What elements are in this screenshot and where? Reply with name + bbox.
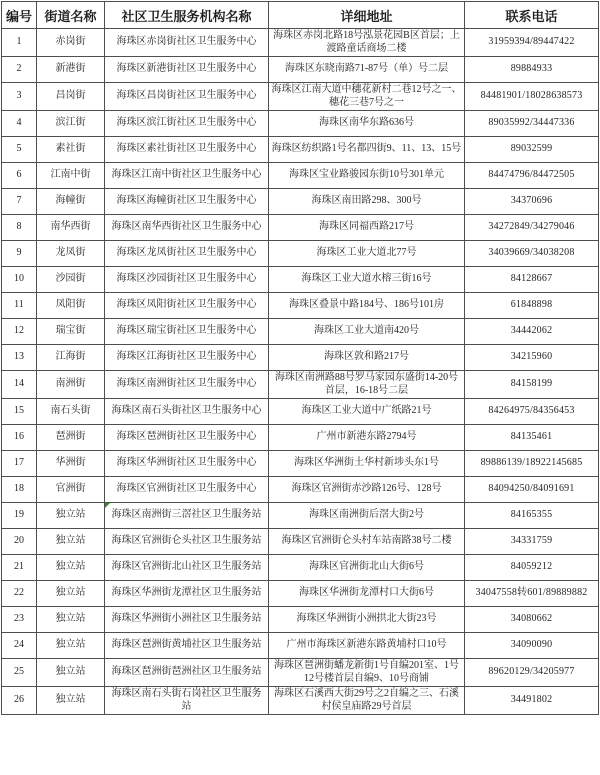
address-text: 广州市新港东路2794号 [317, 431, 417, 442]
table-row: 5 素社街 海珠区素社街社区卫生服务中心 海珠区纺织路1号名都四街9、11、13… [2, 137, 599, 163]
cell-phone: 84481901/18028638573 [465, 83, 599, 111]
cell-row-number: 5 [2, 137, 37, 163]
table-row: 25 独立站 海珠区琶洲街琶洲社区卫生服务站 海珠区琶洲街蟠龙新街1号自编201… [2, 659, 599, 687]
cell-phone: 34370696 [465, 189, 599, 215]
address-text: 海珠区华洲街小洲拱北大街23号 [297, 613, 437, 624]
cell-row-number: 15 [2, 399, 37, 425]
cell-row-number: 6 [2, 163, 37, 189]
row-number-text: 15 [14, 405, 24, 416]
table-row: 13 江海街 海珠区江海街社区卫生服务中心 海珠区敦和路217号 3421596… [2, 345, 599, 371]
cell-phone: 89035992/34447336 [465, 111, 599, 137]
cell-street-name: 南洲街 [37, 371, 105, 399]
address-text: 海珠区华洲街土华村新埗头东1号 [294, 457, 439, 468]
table-row: 19 独立站 海珠区南洲街三滘社区卫生服务站 海珠区南洲街后滘大街2号 8416… [2, 503, 599, 529]
header-row: 编号 街道名称 社区卫生服务机构名称 详细地址 联系电话 [2, 2, 599, 29]
address-text: 海珠区官洲街赤沙路126号、128号 [292, 483, 442, 494]
cell-row-number: 19 [2, 503, 37, 529]
cell-phone: 84165355 [465, 503, 599, 529]
institution-name-text: 海珠区龙凤街社区卫生服务中心 [117, 247, 257, 258]
table-row: 17 华洲街 海珠区华洲街社区卫生服务中心 海珠区华洲街土华村新埗头东1号 89… [2, 451, 599, 477]
cell-street-name: 江南中街 [37, 163, 105, 189]
phone-text: 34272849/34279046 [488, 221, 574, 232]
row-number-text: 18 [14, 483, 24, 494]
cell-address: 海珠区江南大道中穗花新村二巷12号之一、穗花三巷7号之一 [269, 83, 465, 111]
institution-name-text: 海珠区官洲街北山社区卫生服务站 [112, 561, 262, 572]
table-row: 11 凤阳街 海珠区凤阳街社区卫生服务中心 海珠区叠景中路184号、186号10… [2, 293, 599, 319]
row-number-text: 21 [14, 561, 24, 572]
institution-name-text: 海珠区琶洲街琶洲社区卫生服务站 [112, 666, 262, 677]
cell-address: 广州市新港东路2794号 [269, 425, 465, 451]
row-number-text: 14 [14, 378, 24, 389]
street-name-text: 海幢街 [56, 195, 86, 206]
address-text: 海珠区官洲街仑头村车站南路38号二楼 [282, 535, 452, 546]
cell-address: 海珠区赤岗北路18号泓景花园B区首层；上渡路童话商场二楼 [269, 29, 465, 57]
phone-text: 84264975/84356453 [488, 405, 574, 416]
cell-row-number: 3 [2, 83, 37, 111]
cell-row-number: 1 [2, 29, 37, 57]
address-text: 海珠区工业大道北77号 [317, 247, 417, 258]
cell-address: 海珠区叠景中路184号、186号101房 [269, 293, 465, 319]
institution-name-text: 海珠区滨江街社区卫生服务中心 [117, 117, 257, 128]
address-text: 海珠区南洲路88号罗马家园东盛街14-20号首层，16-18号二层 [275, 372, 458, 396]
table-row: 16 琶洲街 海珠区琶洲街社区卫生服务中心 广州市新港东路2794号 84135… [2, 425, 599, 451]
cell-institution-name: 海珠区海幢街社区卫生服务中心 [105, 189, 269, 215]
cell-phone: 84128667 [465, 267, 599, 293]
row-number-text: 19 [14, 509, 24, 520]
cell-address: 海珠区工业大道中广纸路21号 [269, 399, 465, 425]
street-name-text: 江海街 [56, 351, 86, 362]
street-name-text: 琶洲街 [56, 431, 86, 442]
institution-name-text: 海珠区南洲街三滘社区卫生服务站 [112, 509, 262, 520]
cell-street-name: 华洲街 [37, 451, 105, 477]
table-row: 8 南华西街 海珠区南华西街社区卫生服务中心 海珠区同福西路217号 34272… [2, 215, 599, 241]
cell-address: 海珠区宝业路骏园东街10号301单元 [269, 163, 465, 189]
cell-institution-name: 海珠区华洲街社区卫生服务中心 [105, 451, 269, 477]
street-name-text: 素社街 [56, 143, 86, 154]
cell-address: 海珠区南洲街后滘大街2号 [269, 503, 465, 529]
cell-phone: 34215960 [465, 345, 599, 371]
cell-phone: 89032599 [465, 137, 599, 163]
cell-row-number: 14 [2, 371, 37, 399]
cell-address: 海珠区官洲街赤沙路126号、128号 [269, 477, 465, 503]
street-name-text: 南石头街 [51, 405, 91, 416]
cell-street-name: 江海街 [37, 345, 105, 371]
cell-street-name: 瑞宝街 [37, 319, 105, 345]
street-name-text: 凤阳街 [56, 299, 86, 310]
cell-institution-name: 海珠区南洲街三滘社区卫生服务站 [105, 503, 269, 529]
cell-phone: 34272849/34279046 [465, 215, 599, 241]
column-header-street: 街道名称 [37, 2, 105, 29]
institution-name-text: 海珠区华洲街社区卫生服务中心 [117, 457, 257, 468]
row-number-text: 1 [17, 36, 22, 47]
address-text: 海珠区工业大道南420号 [314, 325, 419, 336]
column-header-id: 编号 [2, 2, 37, 29]
street-name-text: 独立站 [56, 613, 86, 624]
row-number-text: 24 [14, 639, 24, 650]
cell-institution-name: 海珠区瑞宝街社区卫生服务中心 [105, 319, 269, 345]
cell-street-name: 独立站 [37, 581, 105, 607]
cell-address: 海珠区华洲街土华村新埗头东1号 [269, 451, 465, 477]
cell-address: 海珠区工业大道北77号 [269, 241, 465, 267]
phone-text: 84128667 [511, 273, 553, 284]
row-number-text: 4 [17, 117, 22, 128]
column-header-org: 社区卫生服务机构名称 [105, 2, 269, 29]
cell-address: 海珠区敦和路217号 [269, 345, 465, 371]
street-name-text: 独立站 [56, 561, 86, 572]
cell-institution-name: 海珠区南华西街社区卫生服务中心 [105, 215, 269, 241]
institution-name-text: 海珠区素社街社区卫生服务中心 [117, 143, 257, 154]
cell-row-number: 17 [2, 451, 37, 477]
row-number-text: 8 [17, 221, 22, 232]
table-row: 24 独立站 海珠区琶洲街黄埔社区卫生服务站 广州市海珠区新港东路黄埔村口10号… [2, 633, 599, 659]
cell-phone: 34090090 [465, 633, 599, 659]
cell-row-number: 18 [2, 477, 37, 503]
health-centers-table: 编号 街道名称 社区卫生服务机构名称 详细地址 联系电话 1 赤岗街 海珠区赤岗… [1, 1, 599, 715]
table-row: 14 南洲街 海珠区南洲街社区卫生服务中心 海珠区南洲路88号罗马家园东盛街14… [2, 371, 599, 399]
cell-phone: 34080662 [465, 607, 599, 633]
institution-name-text: 海珠区新港街社区卫生服务中心 [117, 63, 257, 74]
cell-institution-name: 海珠区沙园街社区卫生服务中心 [105, 267, 269, 293]
phone-text: 89886139/18922145685 [481, 457, 583, 468]
row-number-text: 25 [14, 666, 24, 677]
street-name-text: 昌岗街 [56, 90, 86, 101]
address-text: 海珠区官洲街北山大街6号 [309, 561, 424, 572]
cell-street-name: 素社街 [37, 137, 105, 163]
street-name-text: 沙园街 [56, 273, 86, 284]
document-page: 编号 街道名称 社区卫生服务机构名称 详细地址 联系电话 1 赤岗街 海珠区赤岗… [0, 0, 600, 775]
cell-row-number: 23 [2, 607, 37, 633]
cell-street-name: 独立站 [37, 529, 105, 555]
cell-address: 海珠区纺织路1号名都四街9、11、13、15号 [269, 137, 465, 163]
row-number-text: 12 [14, 325, 24, 336]
cell-address: 海珠区官洲街北山大街6号 [269, 555, 465, 581]
cell-phone: 84059212 [465, 555, 599, 581]
cell-institution-name: 海珠区江海街社区卫生服务中心 [105, 345, 269, 371]
cell-institution-name: 海珠区琶洲街社区卫生服务中心 [105, 425, 269, 451]
phone-text: 84165355 [511, 509, 553, 520]
cell-street-name: 沙园街 [37, 267, 105, 293]
cell-phone: 84158199 [465, 371, 599, 399]
street-name-text: 官洲街 [56, 483, 86, 494]
phone-text: 34090090 [511, 639, 553, 650]
cell-phone: 84474796/84472505 [465, 163, 599, 189]
address-text: 海珠区南华东路636号 [319, 117, 414, 128]
phone-text: 34331759 [511, 535, 553, 546]
street-name-text: 龙凤街 [56, 247, 86, 258]
cell-phone: 34491802 [465, 687, 599, 715]
address-text: 海珠区工业大道中广纸路21号 [302, 405, 432, 416]
row-number-text: 16 [14, 431, 24, 442]
cell-row-number: 25 [2, 659, 37, 687]
street-name-text: 华洲街 [56, 457, 86, 468]
cell-phone: 84264975/84356453 [465, 399, 599, 425]
cell-institution-name: 海珠区昌岗街社区卫生服务中心 [105, 83, 269, 111]
cell-address: 海珠区琶洲街蟠龙新街1号自编201室、1号12号楼首层自编9、10号商铺 [269, 659, 465, 687]
cell-row-number: 20 [2, 529, 37, 555]
phone-text: 84158199 [511, 378, 553, 389]
cell-street-name: 官洲街 [37, 477, 105, 503]
address-text: 海珠区东晓南路71-87号（单）号二层 [285, 63, 448, 74]
street-name-text: 独立站 [56, 639, 86, 650]
cell-note-marker-icon [105, 503, 110, 508]
row-number-text: 11 [14, 299, 24, 310]
cell-street-name: 新港街 [37, 57, 105, 83]
row-number-text: 26 [14, 694, 24, 705]
cell-institution-name: 海珠区滨江街社区卫生服务中心 [105, 111, 269, 137]
institution-name-text: 海珠区江南中街社区卫生服务中心 [112, 169, 262, 180]
cell-row-number: 22 [2, 581, 37, 607]
street-name-text: 独立站 [56, 694, 86, 705]
cell-street-name: 琶洲街 [37, 425, 105, 451]
cell-address: 海珠区东晓南路71-87号（单）号二层 [269, 57, 465, 83]
cell-address: 海珠区官洲街仑头村车站南路38号二楼 [269, 529, 465, 555]
cell-row-number: 11 [2, 293, 37, 319]
cell-phone: 89886139/18922145685 [465, 451, 599, 477]
table-row: 1 赤岗街 海珠区赤岗街社区卫生服务中心 海珠区赤岗北路18号泓景花园B区首层；… [2, 29, 599, 57]
cell-street-name: 独立站 [37, 555, 105, 581]
cell-phone: 84135461 [465, 425, 599, 451]
street-name-text: 南洲街 [56, 378, 86, 389]
cell-street-name: 独立站 [37, 633, 105, 659]
cell-address: 海珠区南洲路88号罗马家园东盛街14-20号首层，16-18号二层 [269, 371, 465, 399]
cell-street-name: 南石头街 [37, 399, 105, 425]
phone-text: 89884933 [511, 63, 553, 74]
cell-street-name: 昌岗街 [37, 83, 105, 111]
cell-institution-name: 海珠区南石头街社区卫生服务中心 [105, 399, 269, 425]
cell-institution-name: 海珠区官洲街北山社区卫生服务站 [105, 555, 269, 581]
cell-address: 海珠区工业大道南420号 [269, 319, 465, 345]
street-name-text: 瑞宝街 [56, 325, 86, 336]
cell-phone: 34442062 [465, 319, 599, 345]
street-name-text: 独立站 [56, 535, 86, 546]
institution-name-text: 海珠区江海街社区卫生服务中心 [117, 351, 257, 362]
cell-row-number: 8 [2, 215, 37, 241]
table-row: 7 海幢街 海珠区海幢街社区卫生服务中心 海珠区南田路298、300号 3437… [2, 189, 599, 215]
cell-address: 广州市海珠区新港东路黄埔村口10号 [269, 633, 465, 659]
street-name-text: 南华西街 [51, 221, 91, 232]
cell-phone: 34039669/34038208 [465, 241, 599, 267]
table-row: 3 昌岗街 海珠区昌岗街社区卫生服务中心 海珠区江南大道中穗花新村二巷12号之一… [2, 83, 599, 111]
street-name-text: 独立站 [56, 509, 86, 520]
cell-institution-name: 海珠区官洲街社区卫生服务中心 [105, 477, 269, 503]
table-row: 12 瑞宝街 海珠区瑞宝街社区卫生服务中心 海珠区工业大道南420号 34442… [2, 319, 599, 345]
row-number-text: 6 [17, 169, 22, 180]
address-text: 海珠区同福西路217号 [319, 221, 414, 232]
cell-street-name: 独立站 [37, 659, 105, 687]
phone-text: 61848898 [511, 299, 553, 310]
table-body: 1 赤岗街 海珠区赤岗街社区卫生服务中心 海珠区赤岗北路18号泓景花园B区首层；… [2, 29, 599, 715]
row-number-text: 17 [14, 457, 24, 468]
cell-phone: 61848898 [465, 293, 599, 319]
cell-street-name: 独立站 [37, 687, 105, 715]
table-row: 21 独立站 海珠区官洲街北山社区卫生服务站 海珠区官洲街北山大街6号 8405… [2, 555, 599, 581]
cell-row-number: 24 [2, 633, 37, 659]
cell-phone: 89884933 [465, 57, 599, 83]
phone-text: 34080662 [511, 613, 553, 624]
cell-address: 海珠区华洲街小洲拱北大街23号 [269, 607, 465, 633]
cell-row-number: 13 [2, 345, 37, 371]
institution-name-text: 海珠区南华西街社区卫生服务中心 [112, 221, 262, 232]
cell-street-name: 独立站 [37, 607, 105, 633]
row-number-text: 3 [17, 90, 22, 101]
institution-name-text: 海珠区沙园街社区卫生服务中心 [117, 273, 257, 284]
cell-street-name: 凤阳街 [37, 293, 105, 319]
street-name-text: 滨江街 [56, 117, 86, 128]
address-text: 海珠区南田路298、300号 [312, 195, 422, 206]
address-text: 海珠区宝业路骏园东街10号301单元 [289, 169, 444, 180]
row-number-text: 2 [17, 63, 22, 74]
cell-institution-name: 海珠区官洲街仑头社区卫生服务站 [105, 529, 269, 555]
phone-text: 84059212 [511, 561, 553, 572]
phone-text: 84481901/18028638573 [481, 90, 583, 101]
cell-phone: 84094250/84091691 [465, 477, 599, 503]
phone-text: 89620129/34205977 [488, 666, 574, 677]
cell-row-number: 7 [2, 189, 37, 215]
institution-name-text: 海珠区凤阳街社区卫生服务中心 [117, 299, 257, 310]
phone-text: 34491802 [511, 694, 553, 705]
cell-row-number: 4 [2, 111, 37, 137]
institution-name-text: 海珠区琶洲街社区卫生服务中心 [117, 431, 257, 442]
cell-street-name: 龙凤街 [37, 241, 105, 267]
cell-address: 海珠区工业大道水榕三街16号 [269, 267, 465, 293]
table-row: 6 江南中街 海珠区江南中街社区卫生服务中心 海珠区宝业路骏园东街10号301单… [2, 163, 599, 189]
table-row: 26 独立站 海珠区南石头街石岗社区卫生服务站 海珠区石溪西大街29号之2自编之… [2, 687, 599, 715]
cell-phone: 89620129/34205977 [465, 659, 599, 687]
cell-institution-name: 海珠区南石头街石岗社区卫生服务站 [105, 687, 269, 715]
cell-row-number: 9 [2, 241, 37, 267]
cell-phone: 34331759 [465, 529, 599, 555]
cell-row-number: 10 [2, 267, 37, 293]
address-text: 广州市海珠区新港东路黄埔村口10号 [287, 639, 447, 650]
row-number-text: 5 [17, 143, 22, 154]
cell-phone: 34047558转601/89889882 [465, 581, 599, 607]
cell-address: 海珠区南田路298、300号 [269, 189, 465, 215]
institution-name-text: 海珠区南洲街社区卫生服务中心 [117, 378, 257, 389]
cell-institution-name: 海珠区华洲街小洲社区卫生服务站 [105, 607, 269, 633]
institution-name-text: 海珠区海幢街社区卫生服务中心 [117, 195, 257, 206]
cell-address: 海珠区石溪西大街29号之2自编之三、石溪村侯皇庙路29号首层 [269, 687, 465, 715]
institution-name-text: 海珠区官洲街社区卫生服务中心 [117, 483, 257, 494]
table-row: 10 沙园街 海珠区沙园街社区卫生服务中心 海珠区工业大道水榕三街16号 841… [2, 267, 599, 293]
cell-row-number: 12 [2, 319, 37, 345]
address-text: 海珠区纺织路1号名都四街9、11、13、15号 [272, 143, 462, 154]
cell-institution-name: 海珠区赤岗街社区卫生服务中心 [105, 29, 269, 57]
phone-text: 34442062 [511, 325, 553, 336]
cell-institution-name: 海珠区龙凤街社区卫生服务中心 [105, 241, 269, 267]
institution-name-text: 海珠区琶洲街黄埔社区卫生服务站 [112, 639, 262, 650]
address-text: 海珠区华洲街龙潭村口大街6号 [299, 587, 434, 598]
phone-text: 34215960 [511, 351, 553, 362]
phone-text: 84474796/84472505 [488, 169, 574, 180]
address-text: 海珠区叠景中路184号、186号101房 [289, 299, 444, 310]
cell-street-name: 滨江街 [37, 111, 105, 137]
row-number-text: 7 [17, 195, 22, 206]
table-row: 22 独立站 海珠区华洲街龙潭社区卫生服务站 海珠区华洲街龙潭村口大街6号 34… [2, 581, 599, 607]
cell-street-name: 海幢街 [37, 189, 105, 215]
cell-institution-name: 海珠区琶洲街琶洲社区卫生服务站 [105, 659, 269, 687]
row-number-text: 10 [14, 273, 24, 284]
table-row: 15 南石头街 海珠区南石头街社区卫生服务中心 海珠区工业大道中广纸路21号 8… [2, 399, 599, 425]
phone-text: 34047558转601/89889882 [476, 587, 588, 598]
phone-text: 34039669/34038208 [488, 247, 574, 258]
cell-institution-name: 海珠区新港街社区卫生服务中心 [105, 57, 269, 83]
address-text: 海珠区工业大道水榕三街16号 [302, 273, 432, 284]
phone-text: 31959394/89447422 [488, 36, 574, 47]
cell-street-name: 独立站 [37, 503, 105, 529]
cell-row-number: 16 [2, 425, 37, 451]
row-number-text: 22 [14, 587, 24, 598]
street-name-text: 独立站 [56, 666, 86, 677]
cell-address: 海珠区华洲街龙潭村口大街6号 [269, 581, 465, 607]
address-text: 海珠区敦和路217号 [324, 351, 409, 362]
cell-address: 海珠区同福西路217号 [269, 215, 465, 241]
cell-phone: 31959394/89447422 [465, 29, 599, 57]
cell-street-name: 南华西街 [37, 215, 105, 241]
institution-name-text: 海珠区南石头街社区卫生服务中心 [112, 405, 262, 416]
cell-row-number: 26 [2, 687, 37, 715]
phone-text: 34370696 [511, 195, 553, 206]
cell-institution-name: 海珠区素社街社区卫生服务中心 [105, 137, 269, 163]
table-row: 4 滨江街 海珠区滨江街社区卫生服务中心 海珠区南华东路636号 8903599… [2, 111, 599, 137]
table-row: 23 独立站 海珠区华洲街小洲社区卫生服务站 海珠区华洲街小洲拱北大街23号 3… [2, 607, 599, 633]
table-header: 编号 街道名称 社区卫生服务机构名称 详细地址 联系电话 [2, 2, 599, 29]
institution-name-text: 海珠区官洲街仑头社区卫生服务站 [112, 535, 262, 546]
cell-institution-name: 海珠区江南中街社区卫生服务中心 [105, 163, 269, 189]
column-header-address: 详细地址 [269, 2, 465, 29]
row-number-text: 9 [17, 247, 22, 258]
address-text: 海珠区南洲街后滘大街2号 [309, 509, 424, 520]
cell-row-number: 21 [2, 555, 37, 581]
table-row: 2 新港街 海珠区新港街社区卫生服务中心 海珠区东晓南路71-87号（单）号二层… [2, 57, 599, 83]
street-name-text: 新港街 [56, 63, 86, 74]
table-row: 9 龙凤街 海珠区龙凤街社区卫生服务中心 海珠区工业大道北77号 3403966… [2, 241, 599, 267]
row-number-text: 13 [14, 351, 24, 362]
institution-name-text: 海珠区华洲街小洲社区卫生服务站 [112, 613, 262, 624]
row-number-text: 20 [14, 535, 24, 546]
institution-name-text: 海珠区华洲街龙潭社区卫生服务站 [112, 587, 262, 598]
cell-institution-name: 海珠区南洲街社区卫生服务中心 [105, 371, 269, 399]
cell-institution-name: 海珠区琶洲街黄埔社区卫生服务站 [105, 633, 269, 659]
table-row: 18 官洲街 海珠区官洲街社区卫生服务中心 海珠区官洲街赤沙路126号、128号… [2, 477, 599, 503]
phone-text: 89032599 [511, 143, 553, 154]
street-name-text: 江南中街 [51, 169, 91, 180]
column-header-phone: 联系电话 [465, 2, 599, 29]
cell-institution-name: 海珠区凤阳街社区卫生服务中心 [105, 293, 269, 319]
institution-name-text: 海珠区昌岗街社区卫生服务中心 [117, 90, 257, 101]
address-text: 海珠区赤岗北路18号泓景花园B区首层；上渡路童话商场二楼 [273, 30, 460, 54]
institution-name-text: 海珠区南石头街石岗社区卫生服务站 [112, 688, 262, 712]
address-text: 海珠区石溪西大街29号之2自编之三、石溪村侯皇庙路29号首层 [274, 688, 459, 712]
cell-row-number: 2 [2, 57, 37, 83]
phone-text: 84135461 [511, 431, 553, 442]
table-row: 20 独立站 海珠区官洲街仑头社区卫生服务站 海珠区官洲街仑头村车站南路38号二… [2, 529, 599, 555]
institution-name-text: 海珠区瑞宝街社区卫生服务中心 [117, 325, 257, 336]
cell-institution-name: 海珠区华洲街龙潭社区卫生服务站 [105, 581, 269, 607]
street-name-text: 赤岗街 [56, 36, 86, 47]
phone-text: 84094250/84091691 [488, 483, 574, 494]
institution-name-text: 海珠区赤岗街社区卫生服务中心 [117, 36, 257, 47]
cell-address: 海珠区南华东路636号 [269, 111, 465, 137]
street-name-text: 独立站 [56, 587, 86, 598]
phone-text: 89035992/34447336 [488, 117, 574, 128]
address-text: 海珠区江南大道中穗花新村二巷12号之一、穗花三巷7号之一 [272, 84, 462, 108]
cell-street-name: 赤岗街 [37, 29, 105, 57]
address-text: 海珠区琶洲街蟠龙新街1号自编201室、1号12号楼首层自编9、10号商铺 [274, 660, 459, 684]
row-number-text: 23 [14, 613, 24, 624]
